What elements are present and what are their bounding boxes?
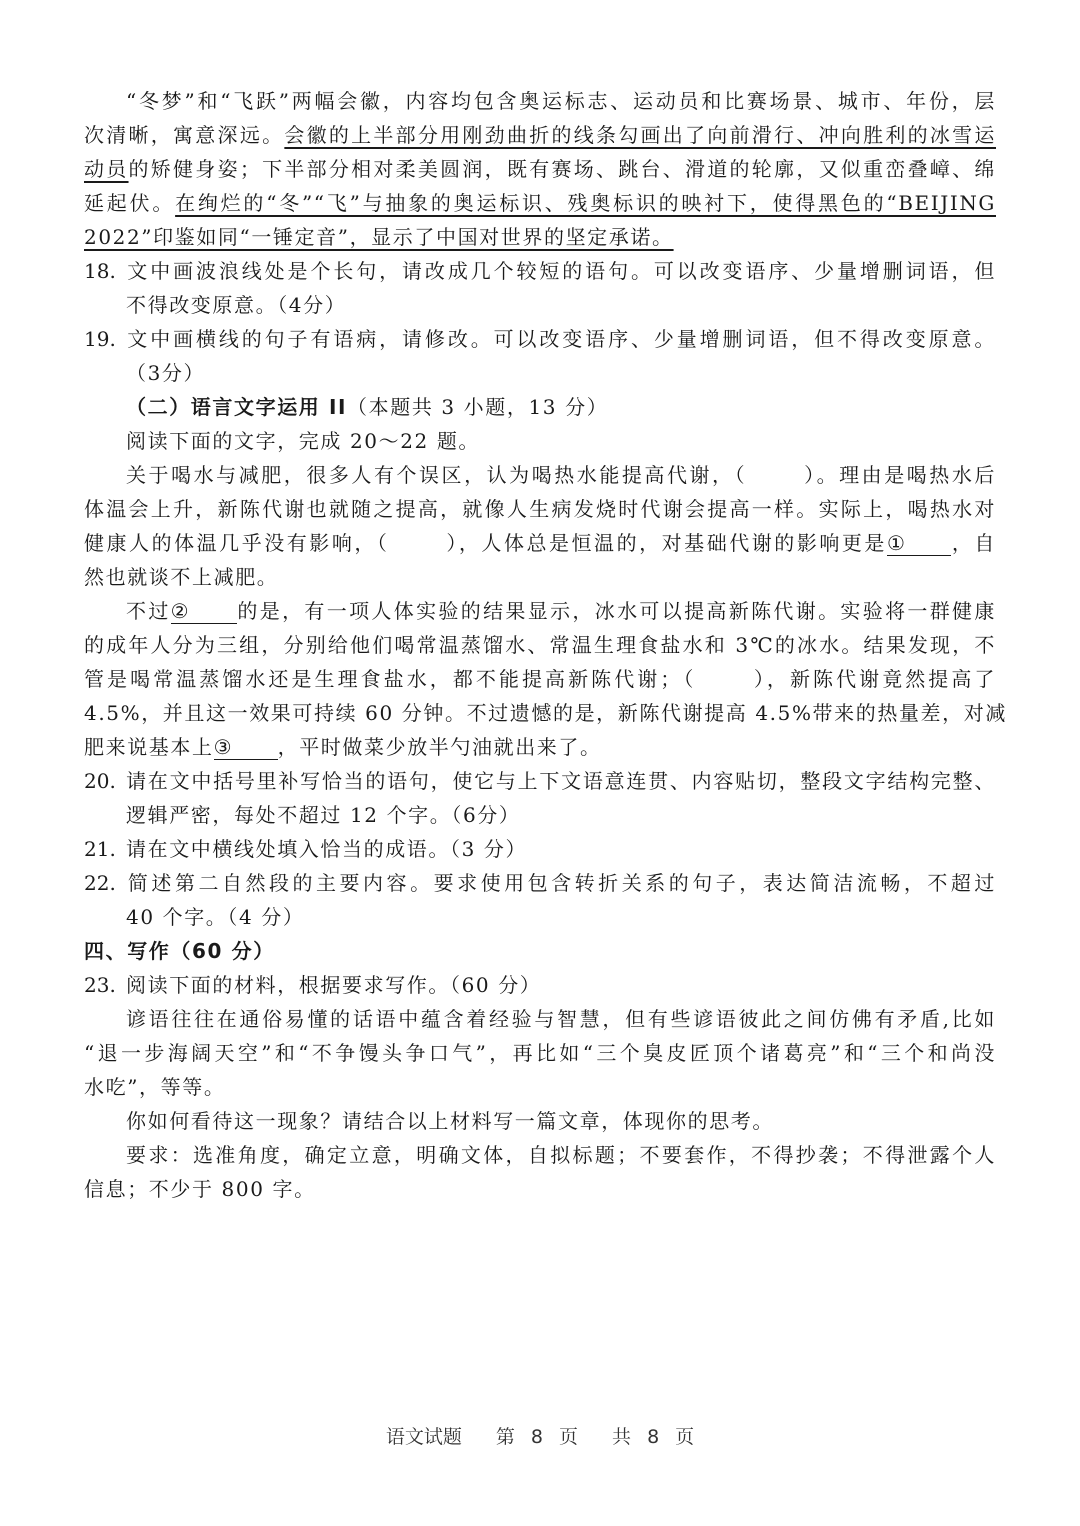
underlined-sentence-end: 2022”印鉴如同“一锤定音”，显示了中国对世界的坚定承诺。 [84,225,674,249]
material-line: 水吃”，等等。 [84,1070,996,1104]
question-22: 22.简述第二自然段的主要内容。要求使用包含转折关系的句子，表达简洁流畅，不超过… [84,866,996,934]
question-number: 21. [84,832,126,866]
passage-line: “冬梦”和“飞跃”两幅会徽，内容均包含奥运标志、运动员和比赛场景、城市、年份，层 [84,84,996,118]
material-line: “退一步海阔天空”和“不争馒头争口气”，再比如“三个臭皮匠顶个诸葛亮”和“三个和… [84,1036,996,1070]
requirements-line: 信息；不少于 800 字。 [84,1172,996,1206]
section-2-instruction: 阅读下面的文字，完成 20～22 题。 [84,424,996,458]
passage-2-paragraph-2: 不过②的是，有一项人体实验的结果显示，冰水可以提高新陈代谢。实验将一群健康 的成… [84,594,996,764]
section-4-heading: 四、写作（60 分） [84,934,996,968]
question-20: 20.请在文中括号里补写恰当的语句，使它与上下文语意连贯、内容贴切，整段文字结构… [84,764,996,832]
passage-2-paragraph-1: 关于喝水与减肥，很多人有个误区，认为喝热水能提高代谢，（）。理由是喝热水后 体温… [84,458,996,594]
footer-subject: 语文试题 [386,1426,462,1448]
wavy-underlined-sentence-end: 动员 [84,157,129,181]
question-18: 18.文中画波浪线处是个长句，请改成几个较短的语句。可以改变语序、少量增删词语，… [84,254,996,322]
exam-page: “冬梦”和“飞跃”两幅会徽，内容均包含奥运标志、运动员和比赛场景、城市、年份，层… [84,84,996,1206]
underlined-sentence: 在绚烂的“冬”“飞”与抽象的奥运标识、残奥标识的映衬下，使得黑色的“BEIJIN… [175,191,996,215]
writing-task: 你如何看待这一现象？请结合以上材料写一篇文章，体现你的思考。 [84,1104,996,1138]
page-current: 8 [531,1426,543,1448]
passage-line: 2022”印鉴如同“一锤定音”，显示了中国对世界的坚定承诺。 [84,220,996,254]
passage-line: 次清晰，寓意深远。会徽的上半部分用刚劲曲折的线条勾画出了向前滑行、冲向胜利的冰雪… [84,118,996,152]
section-2-heading: （二）语言文字运用 II（本题共 3 小题，13 分） [84,390,996,424]
question-number: 23. [84,968,126,1002]
question-number: 19. [84,322,126,356]
emblem-passage: “冬梦”和“飞跃”两幅会徽，内容均包含奥运标志、运动员和比赛场景、城市、年份，层… [84,84,996,254]
page-total: 8 [647,1426,659,1448]
wavy-underlined-sentence: 会徽的上半部分用刚劲曲折的线条勾画出了向前滑行、冲向胜利的冰雪运 [284,123,996,147]
question-number: 20. [84,764,126,798]
question-19: 19.文中画横线的句子有语病，请修改。可以改变语序、少量增删词语，但不得改变原意… [84,322,996,390]
material-line: 谚语往往在通俗易懂的话语中蕴含着经验与智慧，但有些谚语彼此之间仿佛有矛盾,比如 [84,1002,996,1036]
idiom-blank-1: ① [887,531,951,556]
requirements-line: 要求：选准角度，确定立意，明确文体，自拟标题；不要套作，不得抄袭；不得泄露个人 [84,1138,996,1172]
question-number: 18. [84,254,126,288]
idiom-blank-2: ② [171,599,237,624]
question-number: 22. [84,866,126,900]
page-footer: 语文试题 第8页 共8页 [0,1422,1080,1449]
passage-line: 动员的矫健身姿；下半部分相对柔美圆润，既有赛场、跳台、滑道的轮廓，又似重峦叠嶂、… [84,152,996,186]
passage-line: 延起伏。在绚烂的“冬”“飞”与抽象的奥运标识、残奥标识的映衬下，使得黑色的“BE… [84,186,996,220]
question-23: 23.阅读下面的材料，根据要求写作。（60 分） 谚语往往在通俗易懂的话语中蕴含… [84,968,996,1206]
idiom-blank-3: ③ [214,735,278,760]
question-21: 21.请在文中横线处填入恰当的成语。（3 分） [84,832,996,866]
